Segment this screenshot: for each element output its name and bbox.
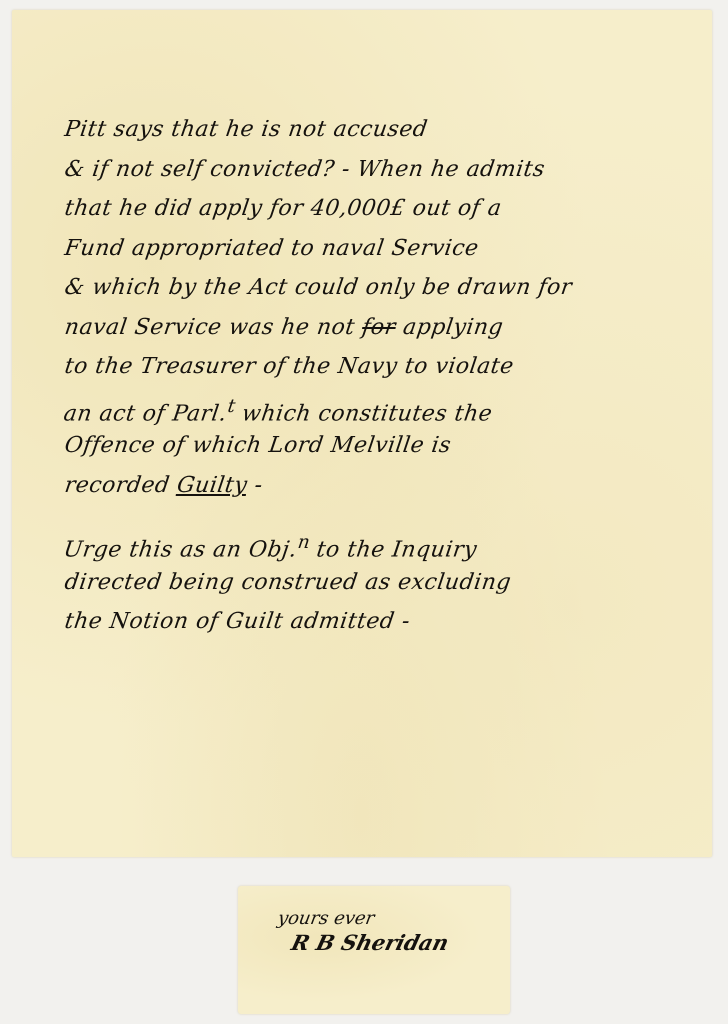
manuscript-line-13: the Notion of Guilt admitted - — [62, 602, 708, 642]
manuscript-line-5: & which by the Act could only be drawn f… — [62, 268, 708, 308]
manuscript-line-8: an act of Parl.t which constitutes the — [62, 387, 708, 427]
manuscript-line-11: Urge this as an Obj.n to the Inquiry — [62, 523, 708, 563]
manuscript-line-12: directed being construed as excluding — [62, 563, 708, 603]
closing-salutation: yours ever — [276, 908, 376, 929]
manuscript-line-10: recorded Guilty - — [62, 466, 708, 506]
signature: R B Sheridan — [289, 930, 451, 955]
struck-word: for — [360, 315, 397, 340]
manuscript-line-7: to the Treasurer of the Navy to violate — [62, 347, 708, 387]
manuscript-line-1: Pitt says that he is not accused — [62, 110, 708, 150]
signature-slip: yours ever R B Sheridan — [238, 886, 510, 1014]
manuscript-line-6: naval Service was he not for applying — [62, 308, 708, 348]
manuscript-line-4: Fund appropriated to naval Service — [62, 229, 708, 269]
manuscript-line-9: Offence of which Lord Melville is — [62, 426, 708, 466]
manuscript-sheet: Pitt says that he is not accused & if no… — [12, 10, 712, 857]
manuscript-body: Pitt says that he is not accused & if no… — [62, 110, 702, 642]
underlined-word: Guilty — [175, 473, 249, 498]
paragraph-gap — [62, 505, 705, 523]
manuscript-line-2: & if not self convicted? - When he admit… — [62, 150, 708, 190]
manuscript-line-3: that he did apply for 40,000£ out of a — [62, 189, 708, 229]
